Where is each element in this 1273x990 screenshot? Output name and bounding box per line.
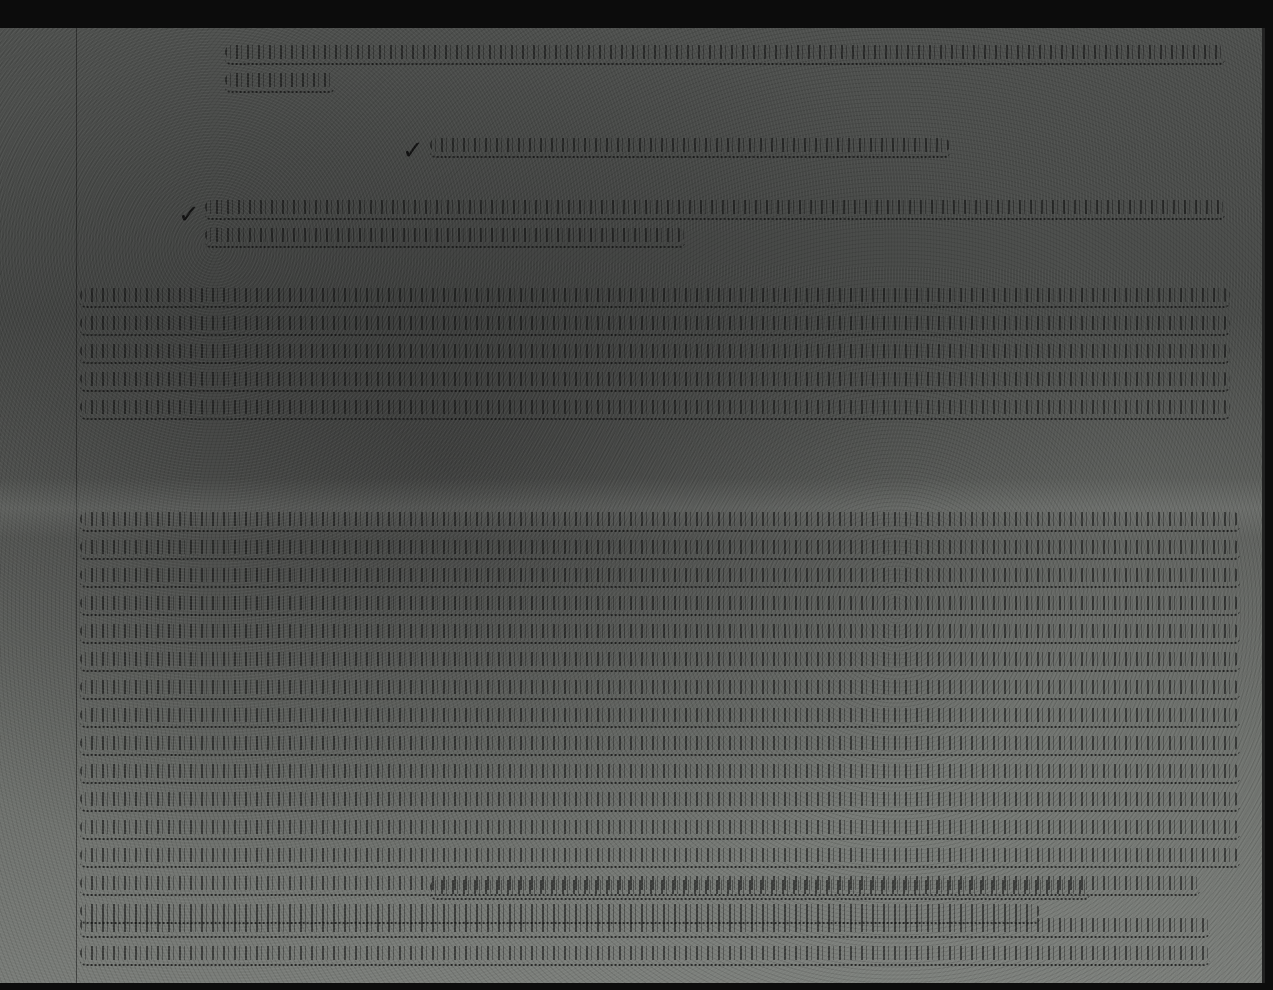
paragraph-2 (80, 520, 1240, 940)
handwritten-line (430, 146, 950, 158)
handwritten-line (80, 856, 1240, 868)
handwritten-line (80, 688, 1240, 700)
top-block (225, 53, 1225, 109)
handwritten-line (80, 604, 1240, 616)
handwritten-line (80, 324, 1230, 336)
handwritten-line (80, 744, 1240, 756)
handwritten-line (80, 548, 1240, 560)
handwritten-line (80, 352, 1230, 364)
heading-2-block (205, 208, 1225, 264)
handwritten-line (225, 53, 1225, 65)
handwritten-line (225, 81, 335, 93)
handwritten-line (80, 828, 1240, 840)
handwritten-line (80, 926, 1210, 938)
handwritten-line (80, 772, 1240, 784)
handwritten-line (205, 208, 1225, 220)
handwritten-line (80, 408, 1230, 420)
manuscript-page: ✓ ✓ not transcribed — low-contrast scan … (0, 28, 1265, 983)
handwritten-line (80, 660, 1240, 672)
handwritten-line (80, 296, 1230, 308)
paragraph-3 (80, 926, 1210, 982)
transcription-status: not transcribed — low-contrast scan of c… (0, 983, 1, 984)
handwritten-line (80, 800, 1240, 812)
paragraph-1 (80, 296, 1230, 436)
handwritten-line (80, 954, 1210, 966)
handwritten-line (80, 716, 1240, 728)
handwritten-line (205, 236, 685, 248)
heading-1 (430, 146, 950, 174)
handwritten-line (80, 520, 1240, 532)
handwritten-line (80, 380, 1230, 392)
subheading (430, 888, 1090, 916)
handwritten-line (80, 632, 1240, 644)
handwritten-line (430, 888, 1090, 900)
check-mark-1: ✓ (402, 136, 424, 166)
handwritten-line (80, 576, 1240, 588)
check-mark-2: ✓ (178, 200, 200, 230)
